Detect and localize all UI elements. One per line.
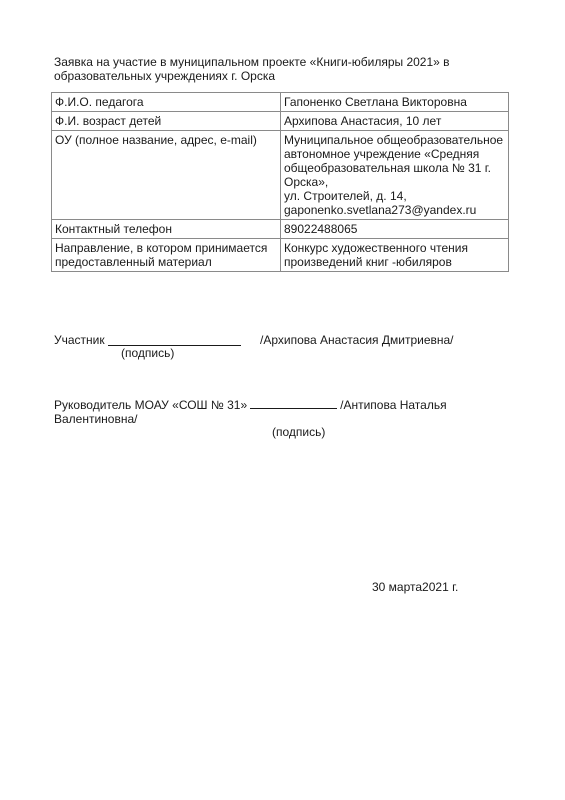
participant-label: Участник <box>54 333 105 347</box>
table-row: Ф.И.О. педагогаГапоненко Светлана Виктор… <box>52 93 509 112</box>
director-signature-caption: (подпись) <box>272 425 325 439</box>
participant-signature-caption: (подпись) <box>121 346 174 360</box>
table-row: Контактный телефон89022488065 <box>52 220 509 239</box>
row-label: Контактный телефон <box>52 220 281 239</box>
document-date: 30 марта2021 г. <box>372 580 458 594</box>
row-value: Муниципальное общеобразовательное автоно… <box>281 131 509 220</box>
row-label: Ф.И.О. педагога <box>52 93 281 112</box>
document-page: Заявка на участие в муниципальном проект… <box>0 0 565 800</box>
director-name-part2: Валентиновна/ <box>54 412 474 426</box>
row-label: Ф.И. возраст детей <box>52 112 281 131</box>
table-row: Направление, в котором принимается предо… <box>52 239 509 272</box>
participant-name: /Архипова Анастасия Дмитриевна/ <box>260 333 454 347</box>
table-row: Ф.И. возраст детейАрхипова Анастасия, 10… <box>52 112 509 131</box>
director-name-part1: /Антипова Наталья <box>340 398 446 412</box>
row-value: Архипова Анастасия, 10 лет <box>281 112 509 131</box>
row-value: Гапоненко Светлана Викторовна <box>281 93 509 112</box>
director-signature-line <box>250 398 337 409</box>
table-row: ОУ (полное название, адрес, e-mail)Муниц… <box>52 131 509 220</box>
director-signature-block: Руководитель МОАУ «СОШ № 31»/Антипова На… <box>54 398 474 426</box>
row-label: ОУ (полное название, адрес, e-mail) <box>52 131 281 220</box>
row-value: Конкурс художественного чтения произведе… <box>281 239 509 272</box>
row-label: Направление, в котором принимается предо… <box>52 239 281 272</box>
document-title: Заявка на участие в муниципальном проект… <box>54 55 474 84</box>
row-value: 89022488065 <box>281 220 509 239</box>
application-table: Ф.И.О. педагогаГапоненко Светлана Виктор… <box>51 92 509 272</box>
director-label: Руководитель МОАУ «СОШ № 31» <box>54 398 247 412</box>
